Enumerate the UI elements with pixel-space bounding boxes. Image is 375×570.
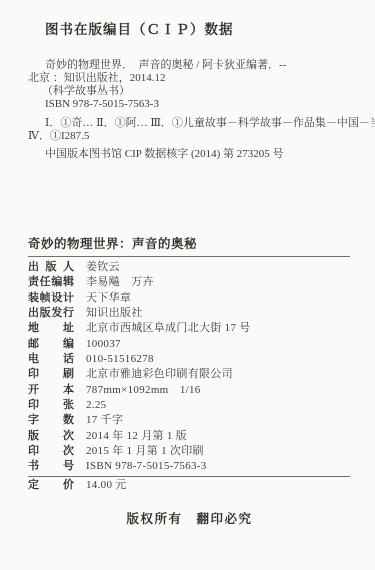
colophon-value: 2.25 — [86, 398, 106, 413]
cip-header: 图书在版编目（ＣＩＰ）数据 — [28, 18, 351, 38]
colophon-label: 定价 — [28, 478, 74, 493]
colophon-row: 版次 2014 年 12 月第 1 版 — [28, 429, 351, 444]
colophon-label: 装帧设计 — [28, 291, 74, 306]
colophon-label: 开本 — [28, 383, 74, 398]
colophon-row: 印张 2.25 — [28, 398, 351, 413]
copyright-notice: 版权所有 翻印必究 — [28, 509, 351, 527]
colophon-value: 北京市雅迪彩色印刷有限公司 — [86, 367, 233, 382]
colophon-value: 2015 年 1 月第 1 次印刷 — [86, 444, 204, 459]
colophon-label: 印刷 — [28, 367, 74, 382]
colophon-label: 印张 — [28, 398, 74, 413]
colophon-row: 出版人 姜钦云 — [28, 260, 351, 275]
colophon-label: 书号 — [28, 459, 74, 474]
colophon-row: 字数 17 千字 — [28, 413, 351, 428]
cip-record-number: 中国版本图书馆 CIP 数据核字 (2014) 第 273205 号 — [28, 148, 351, 161]
colophon-row: 印次 2015 年 1 月第 1 次印刷 — [28, 444, 351, 459]
colophon-value: 李易飚 万卉 — [86, 275, 154, 290]
colophon-label: 地址 — [28, 321, 74, 336]
colophon-value: 2014 年 12 月第 1 版 — [86, 429, 187, 444]
colophon-row: 印刷 北京市雅迪彩色印刷有限公司 — [28, 367, 351, 382]
colophon-label: 责任编辑 — [28, 275, 74, 290]
colophon-row: 书号 ISBN 978-7-5015-7563-3 — [28, 459, 351, 474]
cip-entry-block: 奇妙的物理世界． 声音的奥秘 / 阿卡狄亚编著．-- 北京 ：知识出版社，201… — [28, 59, 351, 111]
colophon-value: ISBN 978-7-5015-7563-3 — [86, 459, 207, 474]
price-divider — [28, 476, 350, 477]
title-divider — [28, 256, 350, 257]
colophon-row: 地址 北京市西城区阜成门北大街 17 号 — [28, 321, 351, 336]
colophon-value: 010-51516278 — [86, 352, 154, 367]
price-row: 定价 14.00 元 — [28, 478, 351, 493]
colophon-value: 知识出版社 — [86, 306, 143, 321]
cip-entry-line: 北京 ：知识出版社，2014.12 — [28, 72, 351, 85]
colophon-label: 字数 — [28, 413, 74, 428]
colophon-value: 北京市西城区阜成门北大街 17 号 — [86, 321, 251, 336]
colophon-label: 电话 — [28, 352, 74, 367]
colophon-value: 100037 — [86, 337, 121, 352]
colophon-table: 出版人 姜钦云 责任编辑 李易飚 万卉 装帧设计 天下华章 出版发行 知识出版社… — [28, 260, 351, 475]
colophon-value: 14.00 元 — [86, 478, 127, 493]
cip-entry-line: （科学故事丛书） — [28, 85, 351, 98]
cip-classification: Ⅰ．①奇… Ⅱ．①阿… Ⅲ．①儿童故事－科学故事－作品集－中国－当代 Ⅳ．①I2… — [28, 117, 351, 143]
colophon-value: 姜钦云 — [86, 260, 120, 275]
colophon-value: 天下华章 — [86, 291, 131, 306]
book-title: 奇妙的物理世界：声音的奥秘 — [28, 234, 351, 252]
colophon-label: 邮编 — [28, 337, 74, 352]
colophon-row: 责任编辑 李易飚 万卉 — [28, 275, 351, 290]
colophon-label: 出版发行 — [28, 306, 74, 321]
colophon-label: 出版人 — [28, 260, 74, 275]
copyright-page: 图书在版编目（ＣＩＰ）数据 奇妙的物理世界． 声音的奥秘 / 阿卡狄亚编著．--… — [0, 0, 375, 570]
colophon-label: 印次 — [28, 444, 74, 459]
cip-classification-line: Ⅰ．①奇… Ⅱ．①阿… Ⅲ．①儿童故事－科学故事－作品集－中国－当代 — [28, 117, 351, 130]
colophon-value: 17 千字 — [86, 413, 123, 428]
colophon-row: 电话 010-51516278 — [28, 352, 351, 367]
colophon-row: 开本 787mm×1092mm 1/16 — [28, 383, 351, 398]
cip-entry-line: 奇妙的物理世界． 声音的奥秘 / 阿卡狄亚编著．-- — [28, 59, 351, 72]
cip-classification-line: Ⅳ．①I287.5 — [28, 130, 351, 143]
colophon-row: 邮编 100037 — [28, 337, 351, 352]
colophon-row: 出版发行 知识出版社 — [28, 306, 351, 321]
colophon-label: 版次 — [28, 429, 74, 444]
colophon-row: 装帧设计 天下华章 — [28, 291, 351, 306]
cip-entry-line: ISBN 978-7-5015-7563-3 — [28, 98, 351, 111]
colophon-value: 787mm×1092mm 1/16 — [86, 383, 201, 398]
